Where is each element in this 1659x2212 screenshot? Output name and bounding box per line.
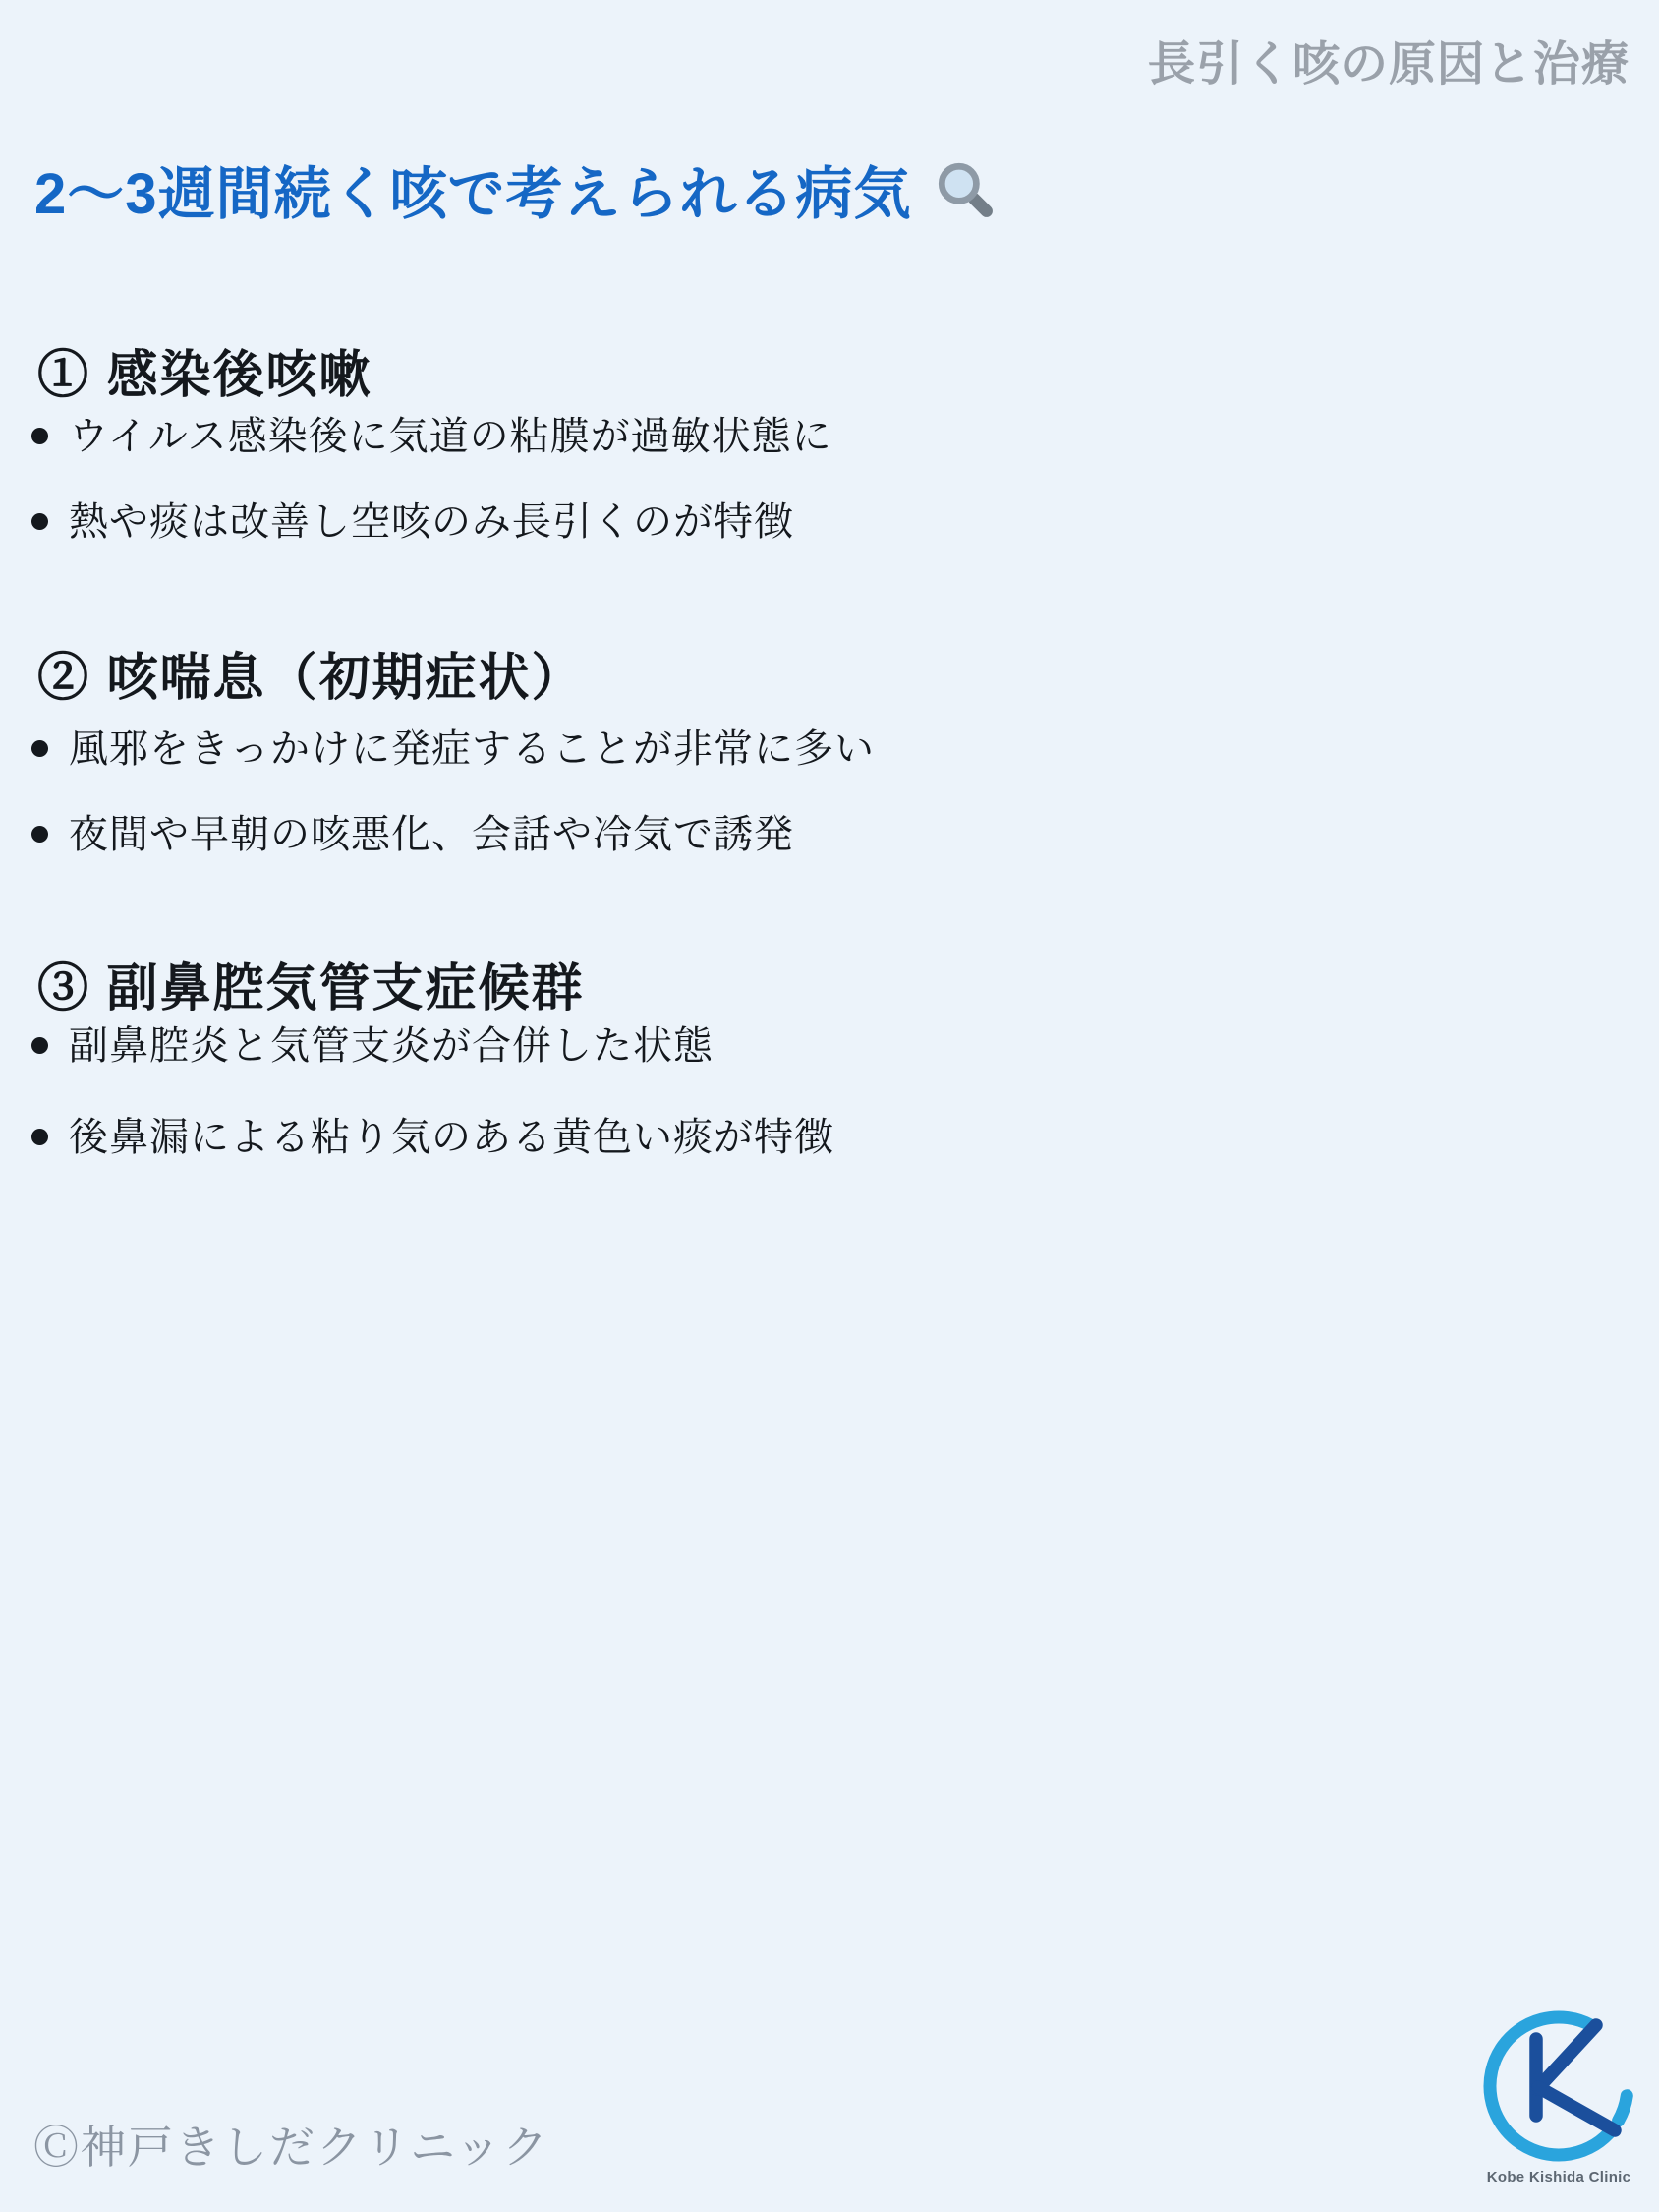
section-heading-1: ① 感染後咳嗽 — [37, 333, 372, 407]
bullet-item: 熱や痰は改善し空咳のみ長引くのが特徴 — [29, 498, 794, 546]
clinic-logo: Kobe Kishida Clinic — [1470, 2009, 1647, 2185]
page-title: 2〜3週間続く咳で考えられる病気 — [34, 147, 995, 230]
bullet-item: 風邪をきっかけに発症することが非常に多い — [29, 726, 875, 773]
infographic-page: 長引く咳の原因と治療 2〜3週間続く咳で考えられる病気 ① 感染後咳嗽 ウイルス… — [0, 0, 1659, 2212]
bullet-item: 夜間や早朝の咳悪化、会話や冷気で誘発 — [29, 811, 794, 858]
page-title-text: 2〜3週間続く咳で考えられる病気 — [34, 147, 912, 230]
magnifier-icon — [934, 158, 995, 219]
deck-title: 長引く咳の原因と治療 — [1148, 26, 1630, 93]
copyright-notice: Ⓒ神戸きしだクリニック — [33, 2112, 549, 2177]
clinic-logo-text: Kobe Kishida Clinic — [1470, 2169, 1647, 2185]
clinic-logo-mark-icon — [1475, 2009, 1642, 2167]
bullet-item: ウイルス感染後に気道の粘膜が過敏状態に — [29, 413, 832, 460]
bullet-item: 後鼻漏による粘り気のある黄色い痰が特徴 — [29, 1114, 834, 1161]
section-heading-2: ② 咳喘息（初期症状） — [37, 636, 584, 710]
section-heading-3: ③ 副鼻腔気管支症候群 — [37, 947, 584, 1020]
bullet-item: 副鼻腔炎と気管支炎が合併した状態 — [29, 1022, 714, 1070]
